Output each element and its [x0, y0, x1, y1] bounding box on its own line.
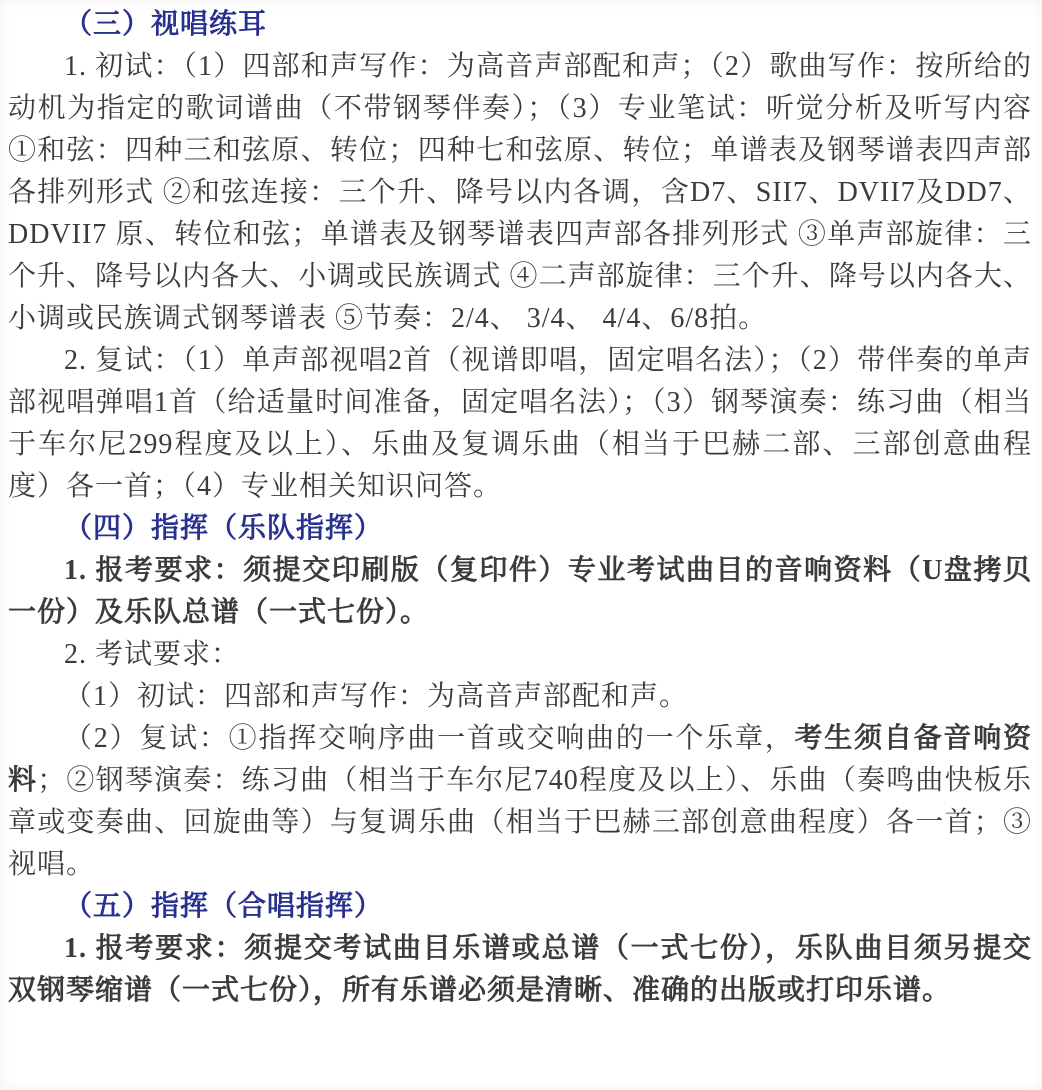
section-heading: （三）视唱练耳: [8, 4, 1032, 46]
section-orchestra-conducting: （四）指挥（乐队指挥） 1. 报考要求：须提交印刷版（复印件）专业考试曲目的音响…: [8, 508, 1032, 886]
section-heading: （四）指挥（乐队指挥）: [8, 508, 1032, 550]
paragraph-exam-requirements: 2. 考试要求：: [8, 634, 1032, 676]
paragraph-second-round: （2）复试：①指挥交响序曲一首或交响曲的一个乐章，考生须自备音响资料；②钢琴演奏…: [8, 718, 1032, 886]
paragraph-first-round: （1）初试：四部和声写作：为高音声部配和声。: [8, 676, 1032, 718]
section-sight-singing-ear-training: （三）视唱练耳 1. 初试：（1）四部和声写作：为高音声部配和声；（2）歌曲写作…: [8, 4, 1032, 508]
text-run: （2）复试：①指挥交响序曲一首或交响曲的一个乐章，: [64, 723, 795, 754]
paragraph-second-round: 2. 复试：（1）单声部视唱2首（视谱即唱，固定唱名法）；（2）带伴奏的单声部视…: [8, 340, 1032, 508]
document-body: （三）视唱练耳 1. 初试：（1）四部和声写作：为高音声部配和声；（2）歌曲写作…: [0, 0, 1042, 1090]
paragraph-application-requirements: 1. 报考要求：须提交考试曲目乐谱或总谱（一式七份），乐队曲目须另提交双钢琴缩谱…: [8, 928, 1032, 1012]
paragraph-application-requirements: 1. 报考要求：须提交印刷版（复印件）专业考试曲目的音响资料（U盘拷贝一份）及乐…: [8, 550, 1032, 634]
section-heading: （五）指挥（合唱指挥）: [8, 886, 1032, 928]
paragraph-first-round: 1. 初试：（1）四部和声写作：为高音声部配和声；（2）歌曲写作：按所给的动机为…: [8, 46, 1032, 340]
text-run: ；②钢琴演奏：练习曲（相当于车尔尼740程度及以上）、乐曲（奏鸣曲快板乐章或变奏…: [8, 765, 1032, 880]
section-choral-conducting: （五）指挥（合唱指挥） 1. 报考要求：须提交考试曲目乐谱或总谱（一式七份），乐…: [8, 886, 1032, 1012]
